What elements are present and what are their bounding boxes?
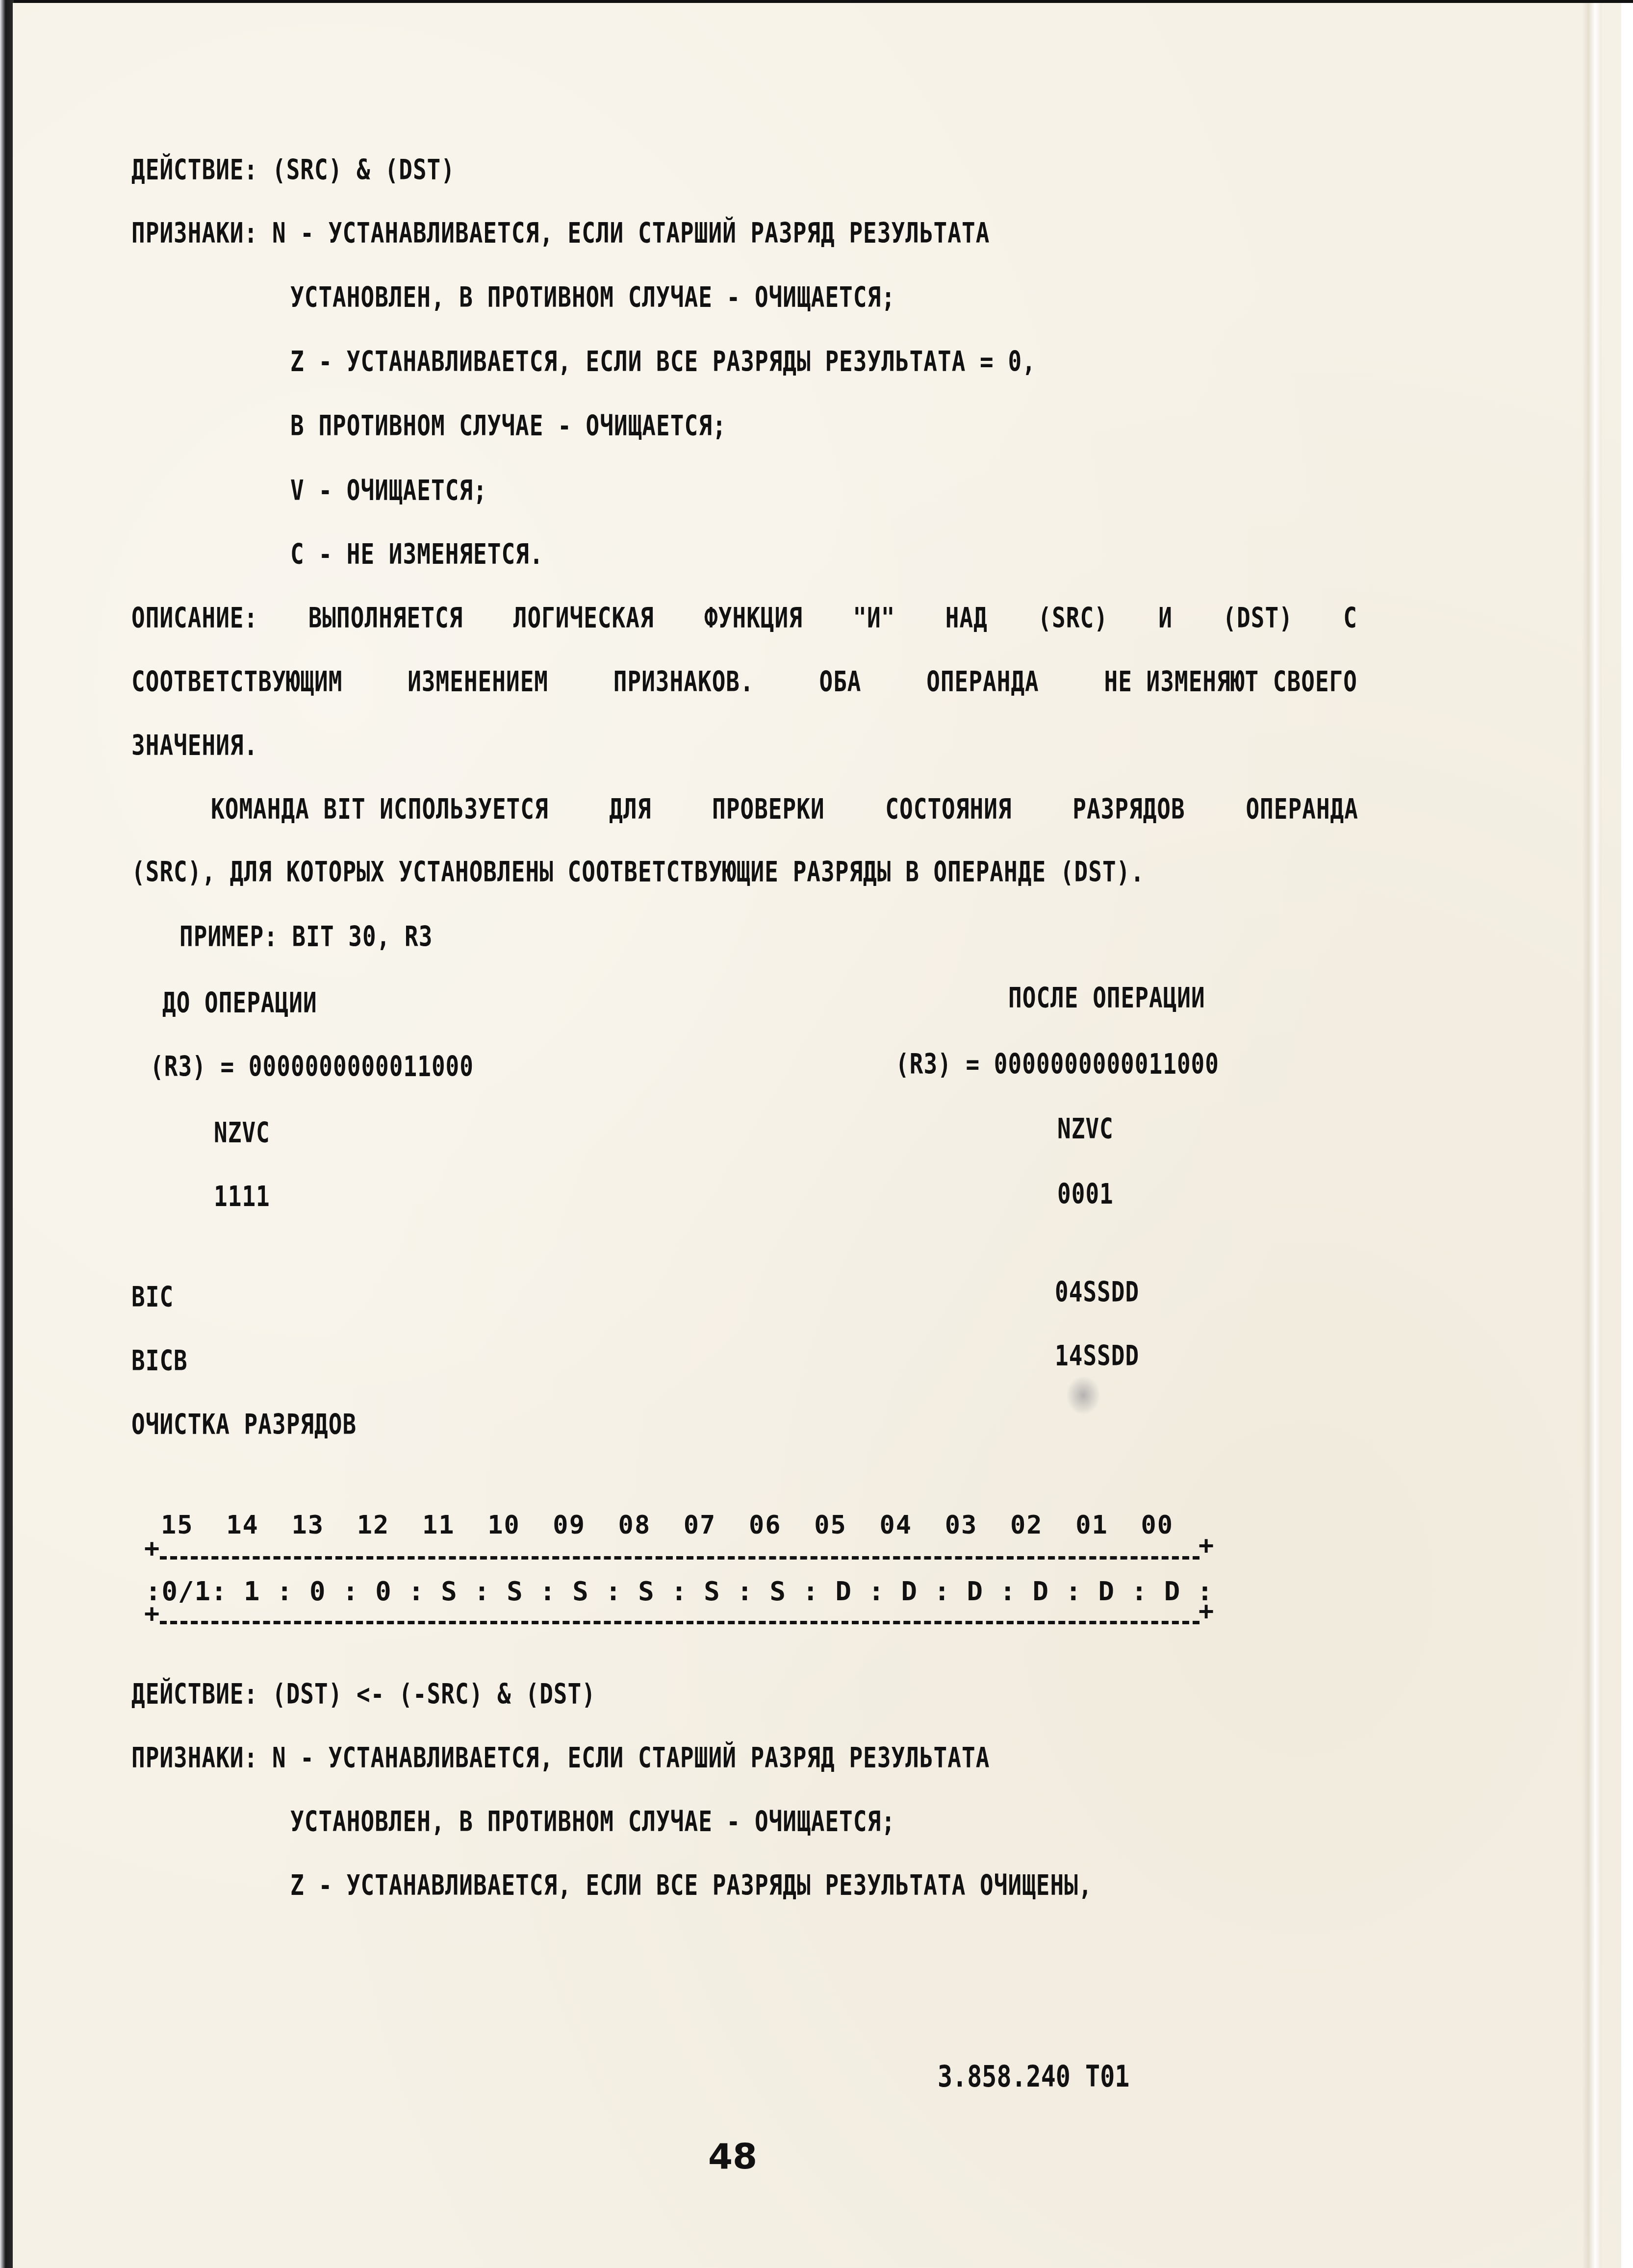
before-flags-value: 1111	[214, 1180, 270, 1213]
bit-flag-v: V - ОЧИЩАЕТСЯ;	[290, 474, 487, 507]
before-flags-header: NZVC	[214, 1116, 270, 1149]
usage-word: ПРОВЕРКИ	[712, 792, 825, 826]
bic-mnemonic: BIC	[131, 1280, 174, 1313]
usage-word: СОСТОЯНИЯ	[885, 792, 1012, 826]
bit-usage-line-2: (SRC), ДЛЯ КОТОРЫХ УСТАНОВЛЕНЫ СООТВЕТСТ…	[131, 855, 1145, 888]
desc-word: ОПЕРАНДА	[926, 665, 1039, 698]
after-flags-value: 0001	[1057, 1177, 1114, 1210]
desc-word: ИЗМЕНЕНИЕМ	[408, 665, 548, 698]
bit-flags-n: ПРИЗНАКИ: N - УСТАНАВЛИВАЕТСЯ, ЕСЛИ СТАР…	[131, 216, 990, 250]
desc-word: НЕ ИЗМЕНЯЮТ СВОЕГО	[1104, 665, 1358, 698]
before-title: ДО ОПЕРАЦИИ	[162, 986, 317, 1019]
desc-word: ОБА	[819, 665, 861, 698]
diagram-corner: +	[144, 1534, 159, 1563]
bit-flag-c: C - НЕ ИЗМЕНЯЕТСЯ.	[290, 537, 544, 571]
desc-word: ВЫПОЛНЯЕТСЯ	[308, 601, 463, 634]
after-register: (R3) = 0000000000011000	[895, 1047, 1219, 1081]
desc-word: (SRC)	[1038, 601, 1108, 634]
example-label: ПРИМЕР: BIT 30, R3	[179, 920, 433, 953]
bit-fields-row: :0/1: 1 : 0 : 0 : S : S : S : S : S : S …	[145, 1576, 1213, 1607]
usage-word: КОМАНДА BIT ИСПОЛЬЗУЕТСЯ	[211, 792, 549, 826]
document-code: 3.858.240 Т01	[938, 2060, 1129, 2094]
scan-left-shadow	[0, 0, 14, 2268]
after-title: ПОСЛЕ ОПЕРАЦИИ	[1008, 981, 1205, 1014]
diagram-corner: +	[144, 1599, 159, 1628]
ink-smudge	[1066, 1376, 1100, 1415]
bic-opcode: 04SSDD	[1055, 1275, 1139, 1309]
after-flags-header: NZVC	[1057, 1112, 1114, 1145]
desc-word: ПРИЗНАКОВ.	[613, 665, 754, 698]
desc-word: И	[1158, 601, 1173, 634]
bic-flag-z: Z - УСТАНАВЛИВАЕТСЯ, ЕСЛИ ВСЕ РАЗРЯДЫ РЕ…	[290, 1868, 1093, 1902]
bit-flag-z: Z - УСТАНАВЛИВАЕТСЯ, ЕСЛИ ВСЕ РАЗРЯДЫ РЕ…	[290, 345, 1036, 378]
bit-action: ДЕЙСТВИЕ: (SRC) & (DST)	[131, 153, 455, 186]
desc-word: ОПИСАНИЕ:	[131, 601, 258, 634]
page-number: 48	[708, 2136, 757, 2177]
usage-word: ОПЕРАНДА	[1246, 792, 1358, 826]
desc-word: НАД	[945, 601, 988, 634]
usage-word: ДЛЯ	[609, 792, 651, 826]
bit-flag-line-3: В ПРОТИВНОМ СЛУЧАЕ - ОЧИЩАЕТСЯ;	[290, 409, 727, 442]
desc-word: ЛОГИЧЕСКАЯ	[513, 601, 654, 634]
usage-word: РАЗРЯДОВ	[1072, 792, 1185, 826]
bicb-mnemonic: BICB	[131, 1344, 188, 1377]
document-page: ДЕЙСТВИЕ: (SRC) & (DST) ПРИЗНАКИ: N - УС…	[13, 3, 1621, 2268]
desc-word: (DST)	[1223, 601, 1293, 634]
bit-numbers-row: 15 14 13 12 11 10 09 08 07 06 05 04 03 0…	[161, 1511, 1174, 1540]
page-fold-crease	[1582, 3, 1602, 2268]
before-register: (R3) = 0000000000011000	[150, 1050, 474, 1083]
diagram-top-border	[160, 1556, 1199, 1560]
desc-word: ФУНКЦИЯ	[704, 601, 803, 634]
bicb-opcode: 14SSDD	[1055, 1339, 1139, 1372]
desc-word: СООТВЕТСТВУЮЩИМ	[131, 665, 342, 698]
diagram-bottom-border	[160, 1621, 1199, 1624]
diagram-corner: +	[1199, 1596, 1214, 1626]
bit-usage-line-1: КОМАНДА BIT ИСПОЛЬЗУЕТСЯ ДЛЯ ПРОВЕРКИ СО…	[211, 792, 1358, 826]
bic-action: ДЕЙСТВИЕ: (DST) <- (-SRC) & (DST)	[131, 1677, 596, 1711]
bit-flag-line-1: УСТАНОВЛЕН, В ПРОТИВНОМ СЛУЧАЕ - ОЧИЩАЕТ…	[290, 280, 895, 314]
diagram-corner: +	[1199, 1531, 1214, 1560]
desc-word: "И"	[853, 601, 895, 634]
desc-word: С	[1343, 601, 1357, 634]
bit-description-line-1: ОПИСАНИЕ: ВЫПОЛНЯЕТСЯ ЛОГИЧЕСКАЯ ФУНКЦИЯ…	[131, 601, 1357, 634]
bit-description-line-3: ЗНАЧЕНИЯ.	[131, 729, 258, 762]
bic-flag-line-1: УСТАНОВЛЕН, В ПРОТИВНОМ СЛУЧАЕ - ОЧИЩАЕТ…	[290, 1805, 895, 1838]
bic-title: ОЧИСТКА РАЗРЯДОВ	[131, 1408, 357, 1441]
bic-flags-n: ПРИЗНАКИ: N - УСТАНАВЛИВАЕТСЯ, ЕСЛИ СТАР…	[131, 1741, 990, 1774]
bit-description-line-2: СООТВЕТСТВУЮЩИМ ИЗМЕНЕНИЕМ ПРИЗНАКОВ. ОБ…	[131, 665, 1357, 698]
